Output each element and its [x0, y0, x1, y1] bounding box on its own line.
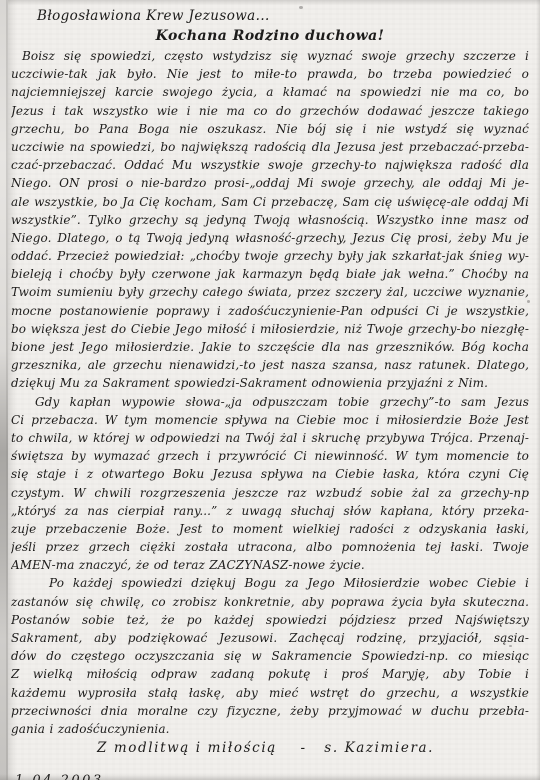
handwritten-line: dziękuj Mu za Sakrament spowiedzi-Sakram…	[11, 374, 529, 392]
handwritten-line: się staje i z otwartego Boku Jezusa spły…	[11, 465, 529, 483]
handwritten-line: czystym. W chwili rozgrzeszenia jeszcze …	[11, 484, 529, 502]
handwritten-line: Z wielką miłością odpraw zadaną pokutę i…	[11, 665, 529, 683]
handwritten-line: mocne postanowienie poprawy i zadośćuczy…	[11, 302, 529, 320]
handwritten-line: jeśli przez grzech ciężki została utraco…	[11, 538, 529, 556]
handwritten-line: „któryś za nas cierpiał rany...” z uwagą…	[11, 502, 529, 520]
handwritten-line: dów do częstego oczyszczania się w Sakra…	[11, 647, 529, 665]
letter-content: Błogosławiona Krew Jezusowa... Kochana R…	[0, 0, 540, 758]
handwritten-line: bo większa jest do Ciebie Jego miłość i …	[11, 320, 529, 338]
handwritten-line: przeciwności dnia moralne czy fizyczne, …	[11, 702, 529, 720]
handwritten-line: czać-przebaczać. Oddać Mu wszystkie swoj…	[11, 156, 529, 174]
handwritten-line: Po każdej spowiedzi dziękuj Bogu za Jego…	[11, 574, 529, 592]
handwritten-line: uczciwie na spowiedzi, bo największą rad…	[11, 138, 529, 156]
handwritten-line: bione jest Jego miłosierdzie. Jakie to s…	[11, 338, 529, 356]
handwritten-line: gania i zadośćuczynienia.	[11, 720, 529, 738]
handwritten-line: grzesznika, ale grzechu nienawidzi,-to j…	[11, 356, 529, 374]
paragraph: Boisz się spowiedzi, często wstydzisz si…	[11, 47, 529, 393]
handwritten-line: oddać. Przecież powiedział: „choćby twoj…	[11, 247, 529, 265]
handwritten-line: Niego. ON prosi o nie-bardzo prosi-„odda…	[11, 174, 529, 192]
handwritten-line: każdemu wyprosiła stałą łaskę, aby mieć …	[11, 684, 529, 702]
handwritten-line: Niego. Dlatego, o tą Twoją jedyną własno…	[11, 229, 529, 247]
letter-body: Boisz się spowiedzi, często wstydzisz si…	[11, 47, 529, 738]
handwritten-line: ale wszystkie, bo Ja Cię kocham, Sam Ci …	[11, 193, 529, 211]
handwritten-line: zastanów się chwilę, co zrobisz konkretn…	[11, 593, 529, 611]
closing-signature-line: Z modlitwą i miłością - s. Kazimiera.	[97, 739, 529, 758]
salutation-line: Kochana Rodzino duchowa!	[11, 26, 529, 47]
handwritten-line: AMEN-ma znaczyć, że od teraz ZACZYNASZ-n…	[11, 556, 529, 574]
handwritten-line: Jezus i tak wszystko wie i nie ma co do …	[11, 102, 529, 120]
paragraph: Po każdej spowiedzi dziękuj Bogu za Jego…	[11, 574, 529, 738]
handwritten-line: Boisz się spowiedzi, często wstydzisz si…	[11, 47, 529, 65]
handwritten-line: Twoim sumieniu były grzechy całego świat…	[11, 283, 529, 301]
handwritten-line: Gdy kapłan wypowie słowa-„ja odpuszczam …	[11, 393, 529, 411]
handwritten-line: Postanów sobie też, że po każdej spowied…	[11, 611, 529, 629]
date-line: 1.04.2003	[15, 773, 104, 780]
handwritten-line: to chwila, w której w odpowiedzi na Twój…	[11, 429, 529, 447]
handwritten-line: grzechu, bo Pana Boga nie oszukasz. Nie …	[11, 120, 529, 138]
handwritten-line: zuje przebaczenie Boże. Jest to moment w…	[11, 520, 529, 538]
paragraph: Gdy kapłan wypowie słowa-„ja odpuszczam …	[11, 393, 529, 575]
handwritten-line: uczciwie-tak jak było. Nie jest to miłe-…	[11, 65, 529, 83]
handwritten-line: Sakrament, aby podziękować Jezusowi. Zac…	[11, 629, 529, 647]
handwritten-line: bieleją i choćby były czerwone jak karma…	[11, 265, 529, 283]
handwritten-line: Ci przebacza. W tym momencie spływa na C…	[11, 411, 529, 429]
handwritten-line: najciemniejszej karcie swojego życia, a …	[11, 83, 529, 101]
scanned-letter-page: Błogosławiona Krew Jezusowa... Kochana R…	[0, 0, 540, 780]
handwritten-line: świętsza by wymazać grzech i przywrócić …	[11, 447, 529, 465]
handwritten-line: wszystkie”. Tylko grzechy są jedyną Twoj…	[11, 211, 529, 229]
opening-blessing-line: Błogosławiona Krew Jezusowa...	[37, 7, 529, 26]
